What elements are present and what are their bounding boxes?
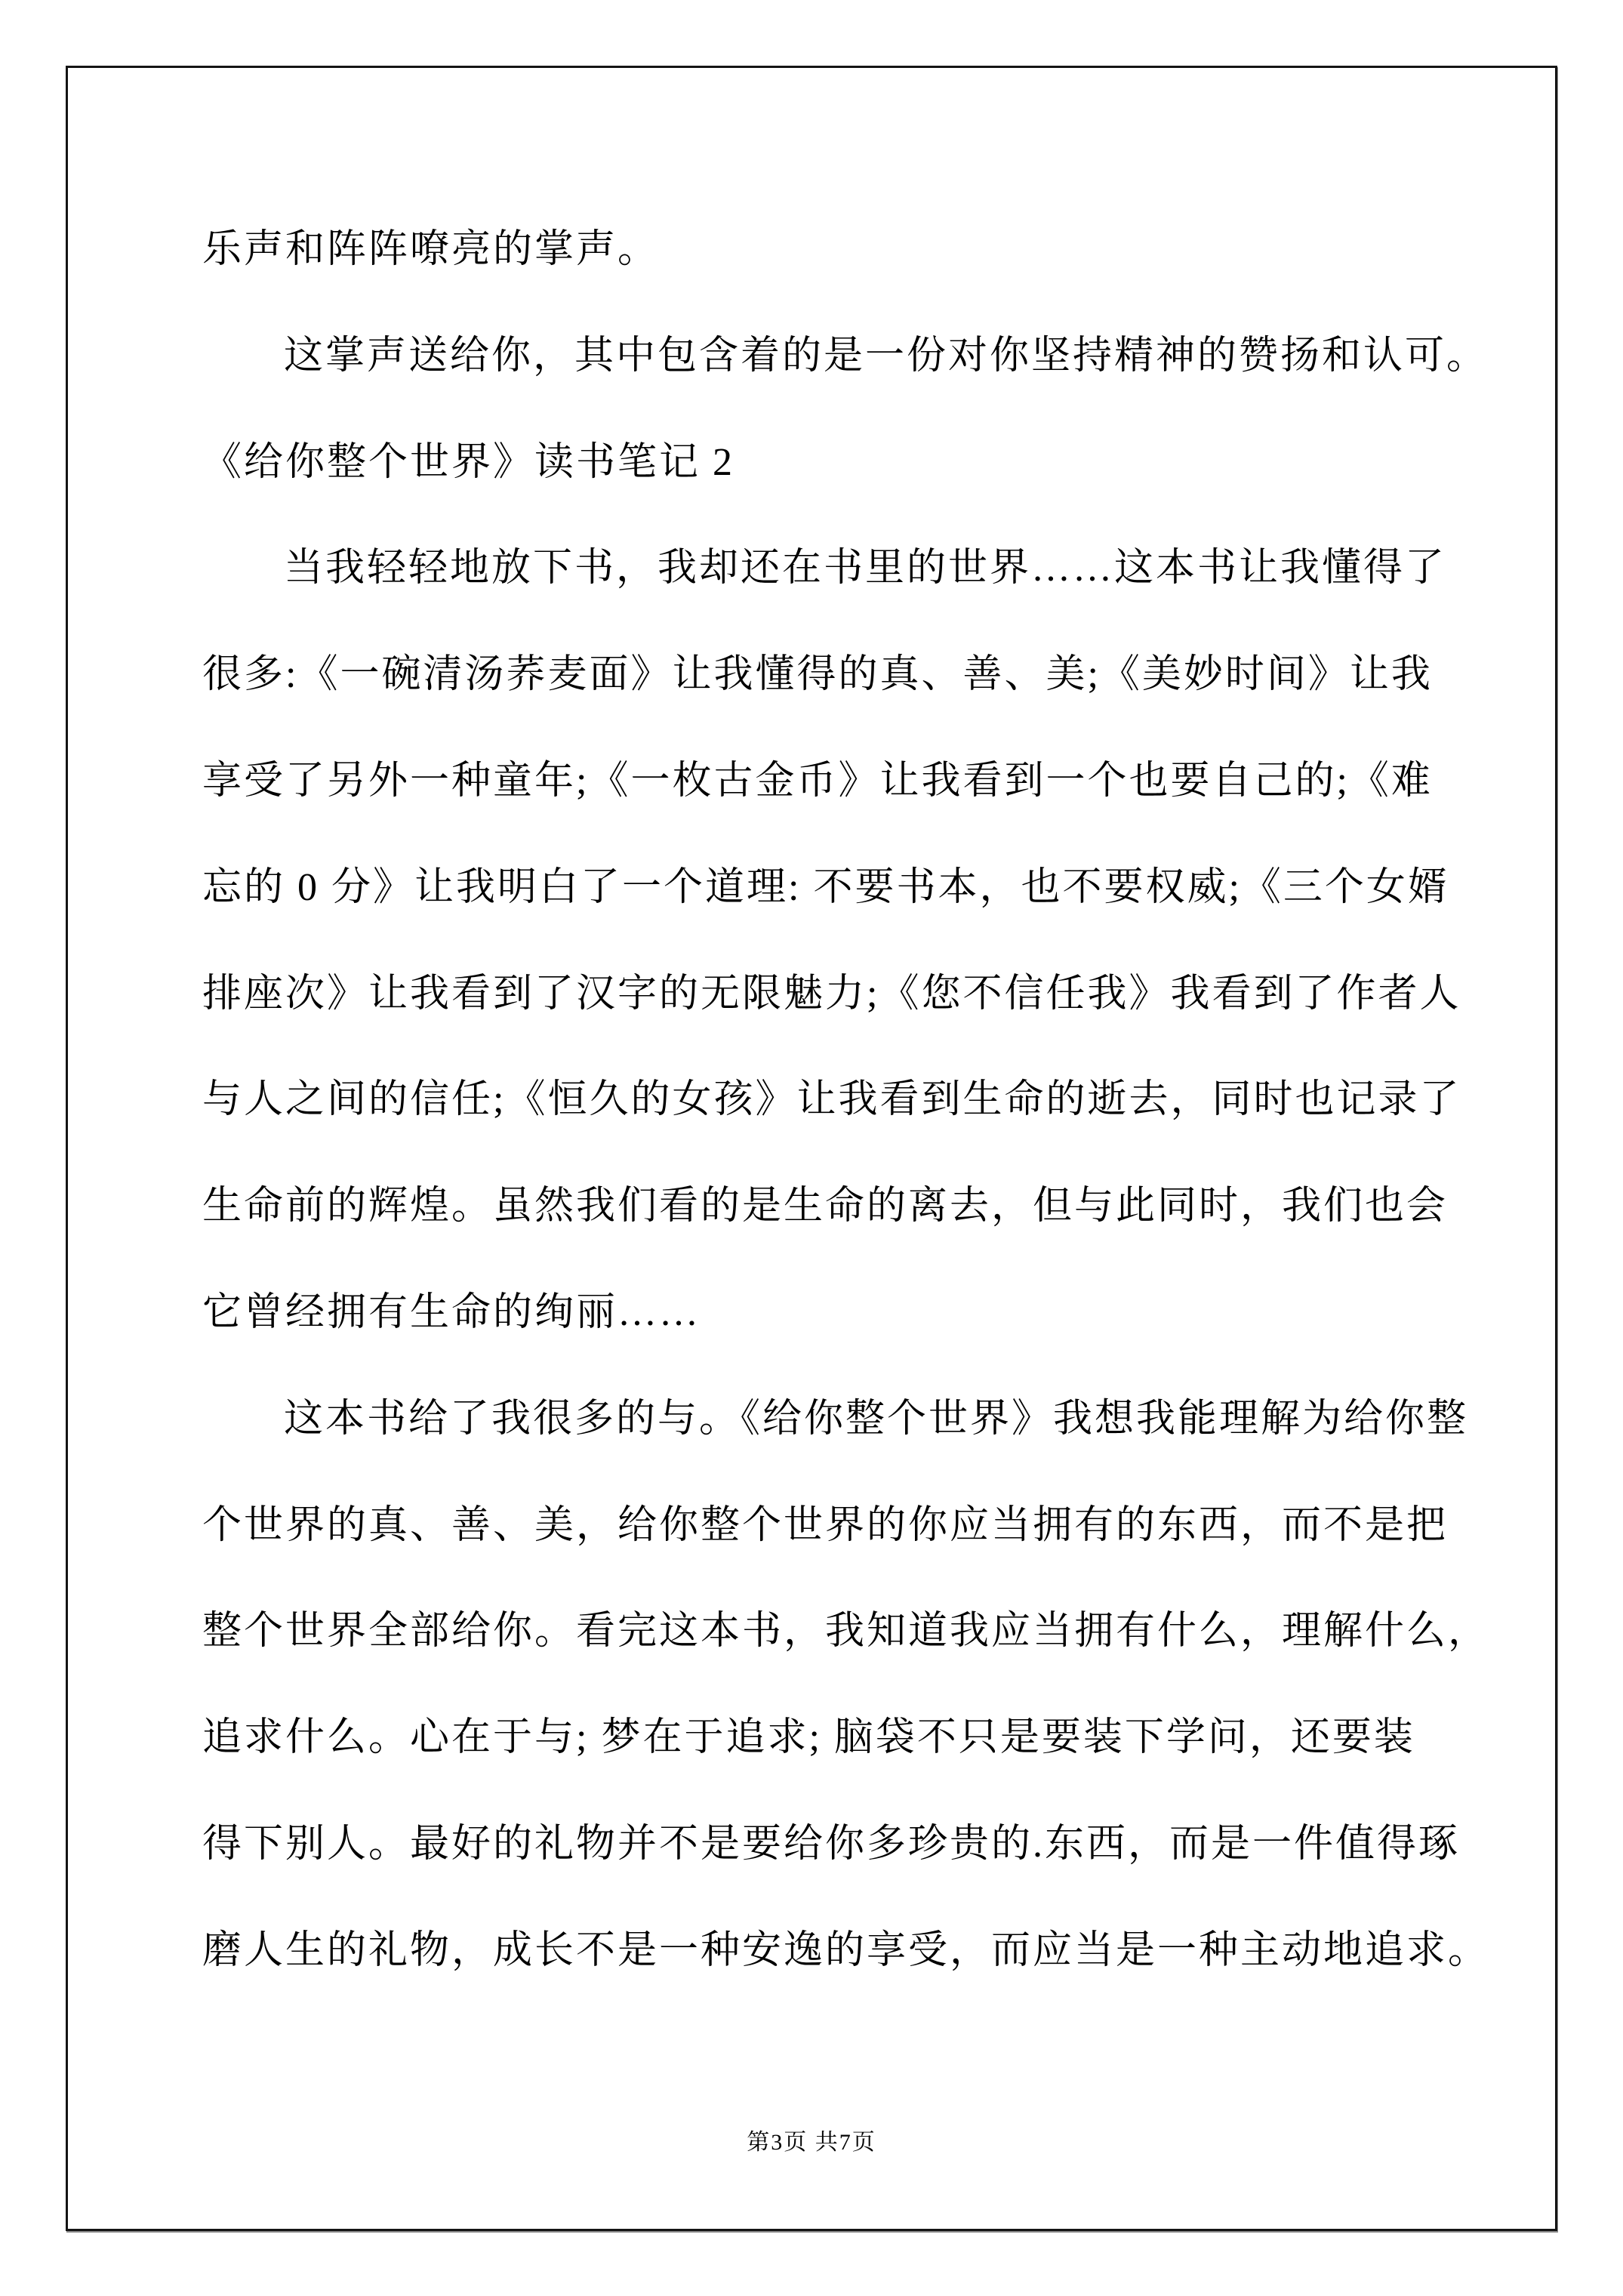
- text-line: 乐声和阵阵嘹亮的掌声。: [202, 230, 659, 270]
- page-border: [66, 66, 1557, 2231]
- text-line: 很多:《一碗清汤荞麦面》让我懂得的真、善、美;《美妙时间》让我: [202, 655, 1433, 695]
- text-line: 它曾经拥有生命的绚丽……: [202, 1293, 701, 1333]
- text-line: 忘的 0 分》让我明白了一个道理: 不要书本，也不要权威;《三个女婿: [202, 868, 1449, 908]
- text-line: 当我轻轻地放下书，我却还在书里的世界……这本书让我懂得了: [284, 549, 1446, 588]
- text-line: 这掌声送给你，其中包含着的是一份对你坚持精神的赞扬和认可。: [284, 337, 1488, 376]
- text-line: 得下别人。最好的礼物并不是要给你多珍贵的.东西，而是一件值得琢: [202, 1825, 1460, 1864]
- text-line: 享受了另外一种童年;《一枚古金币》让我看到一个也要自己的;《难: [202, 762, 1433, 801]
- text-line: 与人之间的信任;《恒久的女孩》让我看到生命的逝去，同时也记录了: [202, 1080, 1461, 1120]
- text-line: 磨人生的礼物，成长不是一种安逸的享受，而应当是一种主动地追求。: [202, 1931, 1489, 1971]
- text-line: 个世界的真、善、美，给你整个世界的你应当拥有的东西，而不是把: [202, 1506, 1448, 1546]
- text-line: 整个世界全部给你。看完这本书，我知道我应当拥有什么，理解什么，: [202, 1612, 1489, 1651]
- text-line: 追求什么。心在于与; 梦在于追求; 脑袋不只是要装下学问，还要装: [202, 1718, 1415, 1758]
- text-line: 排座次》让我看到了汉字的无限魅力;《您不信任我》我看到了作者人: [202, 975, 1461, 1014]
- text-line: 生命前的辉煌。虽然我们看的是生命的离去，但与此同时，我们也会: [202, 1187, 1448, 1226]
- page-number-footer: 第3页 共7页: [0, 2131, 1623, 2154]
- section-title-line: 《给你整个世界》读书笔记 2: [202, 443, 735, 482]
- text-line: 这本书给了我很多的与。《给你整个世界》我想我能理解为给你整: [284, 1400, 1468, 1439]
